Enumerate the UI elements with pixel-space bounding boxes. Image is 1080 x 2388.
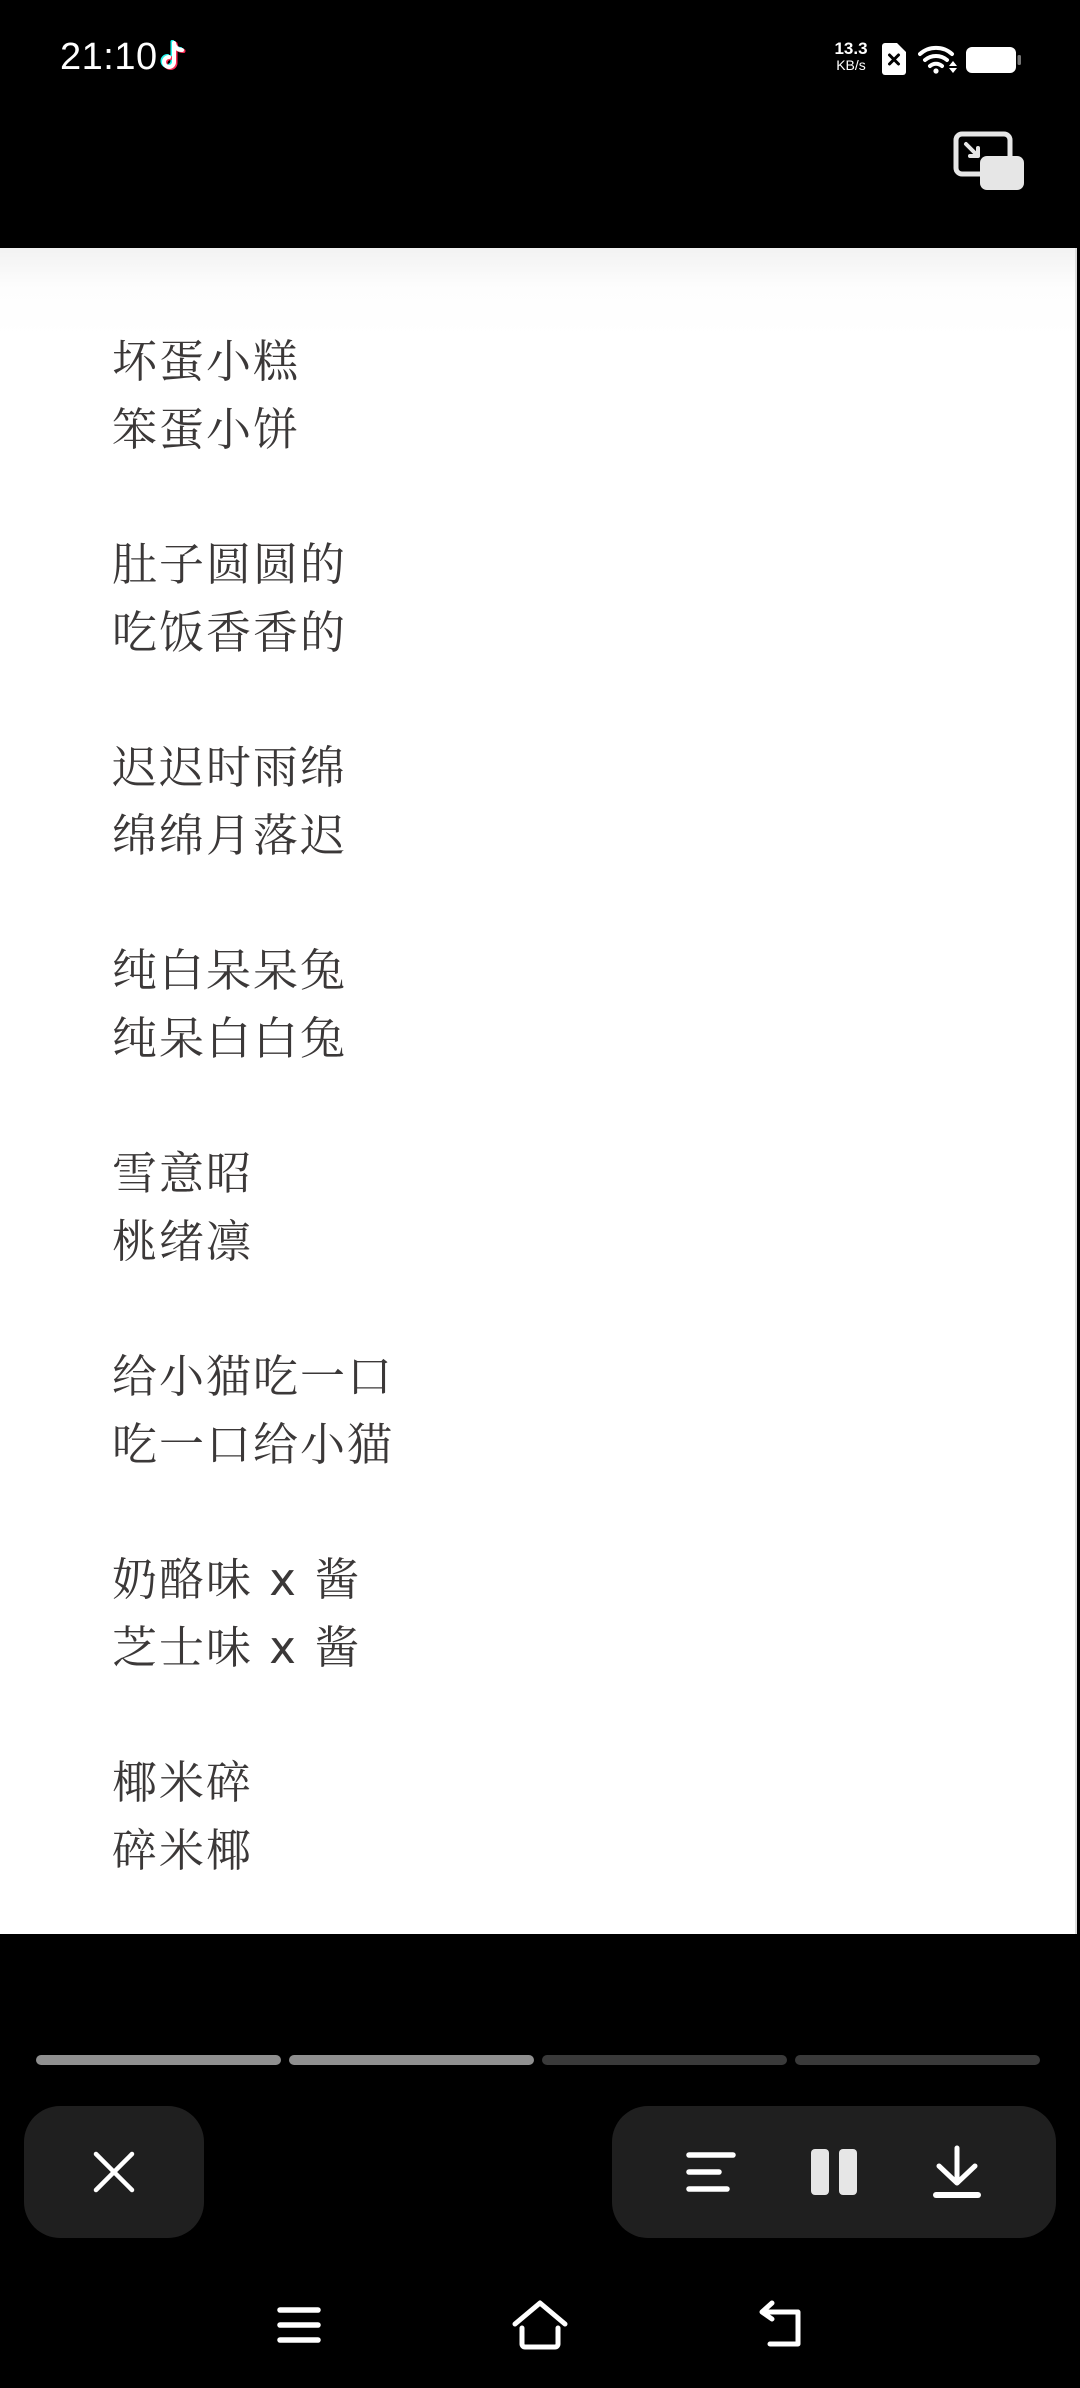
back-button[interactable] [736, 2280, 826, 2370]
stanza: 肚子圆圆的 吃饭香香的 [112, 531, 394, 734]
poem-line: 给小猫吃一口 [112, 1343, 394, 1411]
menu-icon [276, 2305, 322, 2345]
poem-line: 迟迟时雨绵 [112, 734, 394, 802]
poem-line: 椰米碎 [112, 1749, 394, 1817]
picture-in-picture-button[interactable] [952, 130, 1028, 194]
poem-line: 肚子圆圆的 [112, 531, 394, 599]
stanza: 雪意昭 桃绪凛 [112, 1140, 394, 1343]
network-speed-value: 13.3 [830, 40, 872, 57]
network-speed-unit: KB/s [830, 58, 872, 72]
story-viewer-screen: 21:10 13.3 KB/s [0, 0, 1080, 2388]
home-button[interactable] [495, 2280, 585, 2370]
story-progress [36, 2055, 1040, 2065]
pause-button[interactable] [798, 2136, 870, 2208]
stanza: 迟迟时雨绵 绵绵月落迟 [112, 734, 394, 937]
picture-in-picture-icon [952, 130, 1028, 194]
close-icon [92, 2150, 136, 2194]
home-icon [511, 2300, 569, 2350]
network-speed: 13.3 KB/s [830, 40, 872, 72]
poem-line: 桃绪凛 [112, 1208, 394, 1276]
progress-segment-2[interactable] [289, 2055, 534, 2065]
system-nav-bar [0, 2280, 1080, 2370]
poem-line: 坏蛋小糕 [112, 328, 394, 396]
poem-text: 坏蛋小糕 笨蛋小饼 肚子圆圆的 吃饭香香的 迟迟时雨绵 绵绵月落迟 纯白呆呆兔 … [112, 328, 394, 1934]
stanza: 椰米碎 碎米椰 [112, 1749, 394, 1934]
text-button[interactable] [675, 2136, 747, 2208]
poem-line: 雪意昭 [112, 1140, 394, 1208]
progress-segment-4[interactable] [795, 2055, 1040, 2065]
stanza: 奶酪味 x 酱 芝士味 x 酱 [112, 1546, 394, 1749]
wifi-icon [918, 44, 958, 74]
status-bar: 21:10 13.3 KB/s [0, 0, 1080, 120]
text-align-icon [685, 2149, 737, 2195]
close-button[interactable] [24, 2106, 204, 2238]
poem-line: 吃饭香香的 [112, 599, 394, 667]
poem-line: 笨蛋小饼 [112, 396, 394, 464]
pause-icon [809, 2147, 859, 2197]
poem-line: 绵绵月落迟 [112, 802, 394, 870]
poem-line: 纯呆白白兔 [112, 1005, 394, 1073]
viewer-toolbar [612, 2106, 1056, 2238]
sim-no-signal-icon [882, 43, 906, 75]
battery-icon [966, 47, 1022, 73]
download-icon [932, 2144, 982, 2200]
story-image: 坏蛋小糕 笨蛋小饼 肚子圆圆的 吃饭香香的 迟迟时雨绵 绵绵月落迟 纯白呆呆兔 … [0, 248, 1077, 1934]
stanza: 纯白呆呆兔 纯呆白白兔 [112, 937, 394, 1140]
poem-line: 纯白呆呆兔 [112, 937, 394, 1005]
progress-segment-1[interactable] [36, 2055, 281, 2065]
download-button[interactable] [921, 2136, 993, 2208]
progress-segment-3[interactable] [542, 2055, 787, 2065]
stanza: 给小猫吃一口 吃一口给小猫 [112, 1343, 394, 1546]
poem-line: 奶酪味 x 酱 [112, 1546, 394, 1614]
poem-line: 芝士味 x 酱 [112, 1614, 394, 1682]
tiktok-icon [160, 40, 188, 74]
status-time: 21:10 [60, 36, 158, 79]
recent-apps-button[interactable] [254, 2280, 344, 2370]
poem-line: 吃一口给小猫 [112, 1411, 394, 1479]
stanza: 坏蛋小糕 笨蛋小饼 [112, 328, 394, 531]
poem-line: 碎米椰 [112, 1817, 394, 1885]
back-icon [756, 2300, 806, 2350]
